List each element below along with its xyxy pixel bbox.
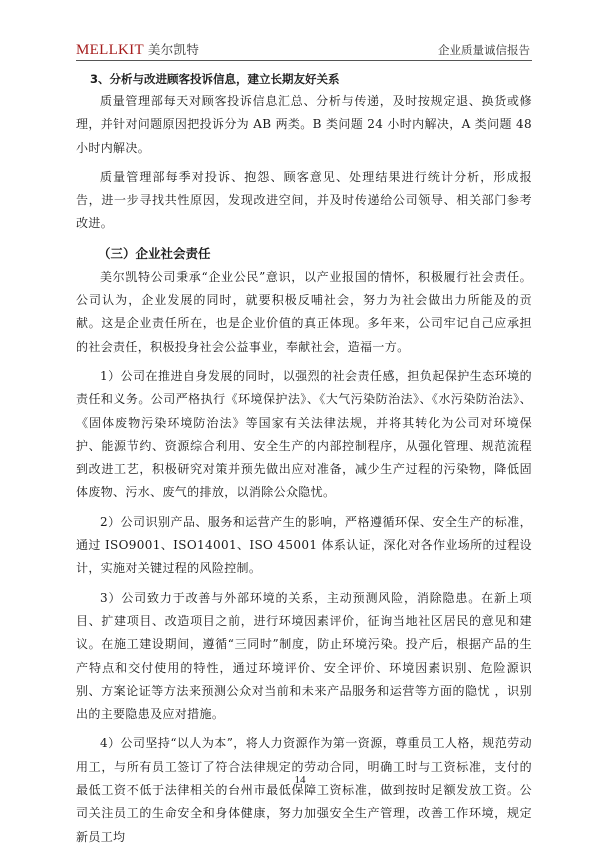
paragraph-csr-environment: 1）公司在推进自身发展的同时，以强烈的社会责任感，担负起保护生态环境的责任和义务… xyxy=(76,365,532,505)
paragraph-csr-certification: 2）公司识别产品、服务和运营产生的影响，严格遵循环保、安全生产的标准，通过 IS… xyxy=(76,511,532,581)
paragraph-csr-external-relations: 3）公司致力于改善与外部环境的关系，主动预测风险，消除隐患。在新上项目、扩建项目… xyxy=(76,587,532,727)
paragraph-csr-intro: 美尔凯特公司秉承“企业公民”意识，以产业报国的情怀，积极履行社会责任。公司认为，… xyxy=(76,266,532,359)
document-body: 3、分析与改进顾客投诉信息，建立长期友好关系 质量管理部每天对顾客投诉信息汇总、… xyxy=(76,68,532,848)
paragraph-csr-people: 4）公司坚持“以人为本”，将人力资源作为第一资源，尊重员工人格，规范劳动用工，与… xyxy=(76,732,532,848)
section-heading-complaints: 3、分析与改进顾客投诉信息，建立长期友好关系 xyxy=(76,68,532,90)
brand-name-cn: 美尔凯特 xyxy=(148,42,199,57)
brand-name-en: MELLKIT xyxy=(76,42,144,58)
section-heading-csr: （三）企业社会责任 xyxy=(76,242,532,266)
page-number: 14 xyxy=(0,774,600,786)
brand-logo: MELLKIT美尔凯特 xyxy=(76,40,199,59)
paragraph-quarterly-analysis: 质量管理部每季对投诉、抱怨、顾客意见、处理结果进行统计分析，形成报告，进一步寻找… xyxy=(76,166,532,236)
report-title: 企业质量诚信报告 xyxy=(438,42,530,58)
paragraph-complaint-handling: 质量管理部每天对顾客投诉信息汇总、分析与传递，及时按规定退、换货或修理，并针对问… xyxy=(76,90,532,160)
page-header: MELLKIT美尔凯特 企业质量诚信报告 xyxy=(76,38,532,61)
